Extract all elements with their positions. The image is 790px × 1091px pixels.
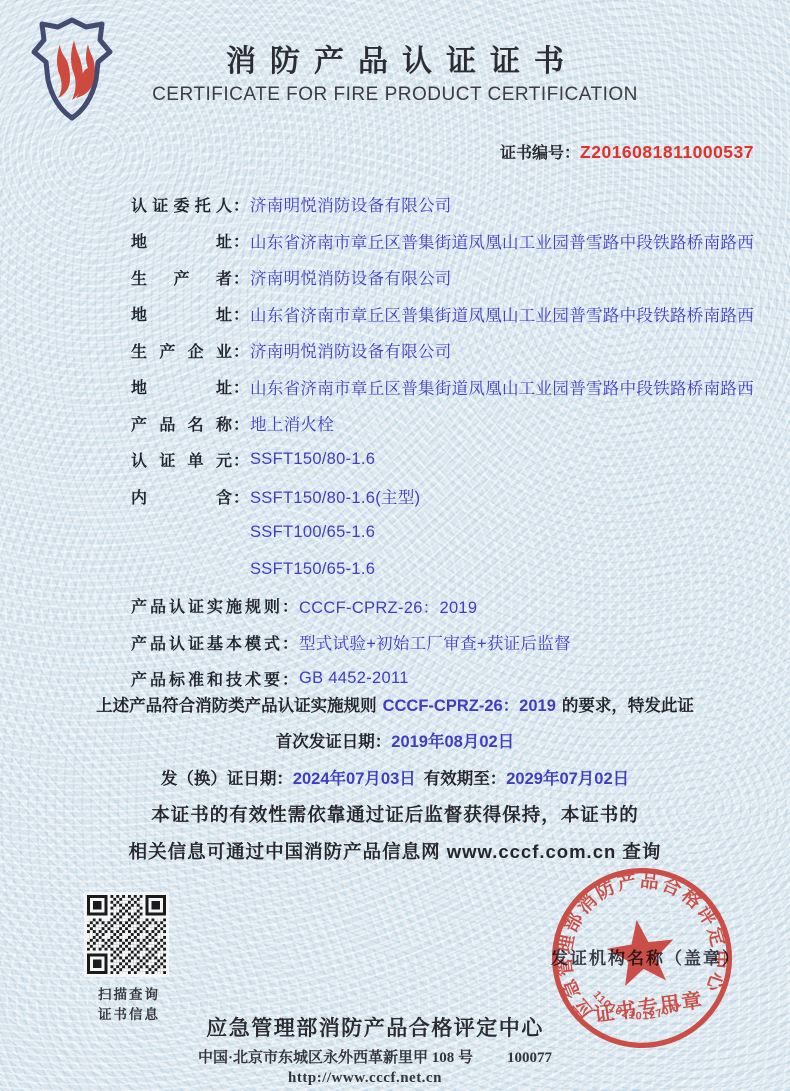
certificate-number-label: 证书编号 xyxy=(500,145,564,162)
field-label: 地址 xyxy=(131,375,232,398)
field-label: 地址 xyxy=(131,229,232,252)
field-label: 产品认证实施规则 xyxy=(131,594,281,617)
field-row-manufacturer: 生产企业：济南明悦消防设备有限公司 xyxy=(131,332,761,369)
certificate-title: 消防产品认证证书 xyxy=(0,36,790,80)
field-value: GB 4452-2011 xyxy=(299,669,409,688)
field-value: SSFT150/80-1.6 xyxy=(250,450,375,469)
field-row-manufacturer-address: 地址：山东省济南市章丘区普集街道凤凰山工业园普雪路中段铁路桥南路西 xyxy=(131,369,761,406)
field-value: 山东省济南市章丘区普集街道凤凰山工业园普雪路中段铁路桥南路西 xyxy=(250,302,754,326)
field-label: 产品名称 xyxy=(131,412,232,435)
field-label: 生产者 xyxy=(131,266,232,289)
statement-block: 上述产品符合消防类产品认证实施规则CCCF-CPRZ-26：2019的要求，特发… xyxy=(0,688,790,870)
field-label: 地址 xyxy=(131,302,232,325)
field-value: CCCF-CPRZ-26：2019 xyxy=(299,594,477,618)
field-value: 型式试验+初始工厂审查+获证后监督 xyxy=(299,630,571,654)
field-value: 济南明悦消防设备有限公司 xyxy=(250,338,452,362)
certificate-number: 证书编号：Z2016081811000537 xyxy=(500,140,754,163)
issuing-authority-line: 发证机构名称（盖章） xyxy=(520,944,772,969)
field-label: 生产企业 xyxy=(131,339,232,362)
reissue-value: 2024年07月03日 xyxy=(293,770,416,788)
field-row-applicant: 认证委托人：济南明悦消防设备有限公司 xyxy=(131,186,761,223)
qr-code-icon xyxy=(84,892,169,977)
certificate-subtitle: CERTIFICATE FOR FIRE PRODUCT CERTIFICATI… xyxy=(0,84,790,106)
field-row-contents-extra: SSFT100/65-1.6 xyxy=(131,515,761,552)
field-label: 内含 xyxy=(131,485,232,508)
field-row-implementation-rule: 产品认证实施规则：CCCF-CPRZ-26：2019 xyxy=(131,588,761,625)
field-row-producer-address: 地址：山东省济南市章丘区普集街道凤凰山工业园普雪路中段铁路桥南路西 xyxy=(131,296,761,333)
footer-organization: 应急管理部消防产品合格评定中心 xyxy=(0,1012,750,1042)
first-issue-date: 首次发证日期：2019年08月02日 xyxy=(0,724,790,760)
field-label: 认证单元 xyxy=(131,448,232,471)
certificate-page: 消防产品认证证书 CERTIFICATE FOR FIRE PRODUCT CE… xyxy=(0,0,790,1091)
footer-postcode: 100077 xyxy=(507,1050,552,1066)
field-value: 山东省济南市章丘区普集街道凤凰山工业园普雪路中段铁路桥南路西 xyxy=(250,229,754,253)
certificate-number-colon: ： xyxy=(564,145,580,162)
field-row-producer: 生产者：济南明悦消防设备有限公司 xyxy=(131,259,761,296)
field-row-certification-mode: 产品认证基本模式：型式试验+初始工厂审查+获证后监督 xyxy=(131,624,761,661)
first-issue-value: 2019年08月02日 xyxy=(391,733,514,751)
field-value: SSFT100/65-1.6 xyxy=(250,523,375,542)
field-row-product-name: 产品名称：地上消火栓 xyxy=(131,405,761,442)
rule-code: CCCF-CPRZ-26：2019 xyxy=(383,697,556,715)
field-value: SSFT150/80-1.6(主型) xyxy=(250,484,420,508)
field-value: 济南明悦消防设备有限公司 xyxy=(250,192,452,216)
field-row-contents-extra: SSFT150/65-1.6 xyxy=(131,551,761,588)
reissue-date: 发（换）证日期：2024年07月03日有效期至：2029年07月02日 xyxy=(0,761,790,797)
certificate-number-value: Z2016081811000537 xyxy=(580,142,754,162)
field-value: 济南明悦消防设备有限公司 xyxy=(250,265,452,289)
field-row-contents: 内含：SSFT150/80-1.6(主型) xyxy=(131,478,761,515)
field-label: 产品认证基本模式 xyxy=(131,631,281,654)
field-value: 地上消火栓 xyxy=(250,411,334,435)
field-row-certification-unit: 认证单元：SSFT150/80-1.6 xyxy=(131,442,761,479)
footer-address: 中国·北京市东城区永外西革新里甲 108 号100077 xyxy=(0,1046,750,1067)
field-value: SSFT150/65-1.6 xyxy=(250,560,375,579)
certificate-fields: 认证委托人：济南明悦消防设备有限公司 地址：山东省济南市章丘区普集街道凤凰山工业… xyxy=(131,186,761,697)
field-value: 山东省济南市章丘区普集街道凤凰山工业园普雪路中段铁路桥南路西 xyxy=(250,375,754,399)
valid-until-value: 2029年07月02日 xyxy=(506,770,629,788)
qr-caption-line1: 扫描查询 xyxy=(98,985,204,1005)
qr-block: 扫描查询 证书信息 xyxy=(84,892,204,1025)
field-row-applicant-address: 地址：山东省济南市章丘区普集街道凤凰山工业园普雪路中段铁路桥南路西 xyxy=(131,223,761,260)
field-label: 产品标准和技术要 xyxy=(131,667,281,690)
footer-website: http://www.cccf.net.cn xyxy=(0,1070,730,1087)
validity-note-line1: 本证书的有效性需依靠通过证后监督获得保持，本证书的 xyxy=(0,797,790,833)
conformity-statement: 上述产品符合消防类产品认证实施规则CCCF-CPRZ-26：2019的要求，特发… xyxy=(0,688,790,724)
field-label: 认证委托人 xyxy=(131,193,232,216)
footer-address-text: 中国·北京市东城区永外西革新里甲 108 号 xyxy=(198,1050,473,1066)
